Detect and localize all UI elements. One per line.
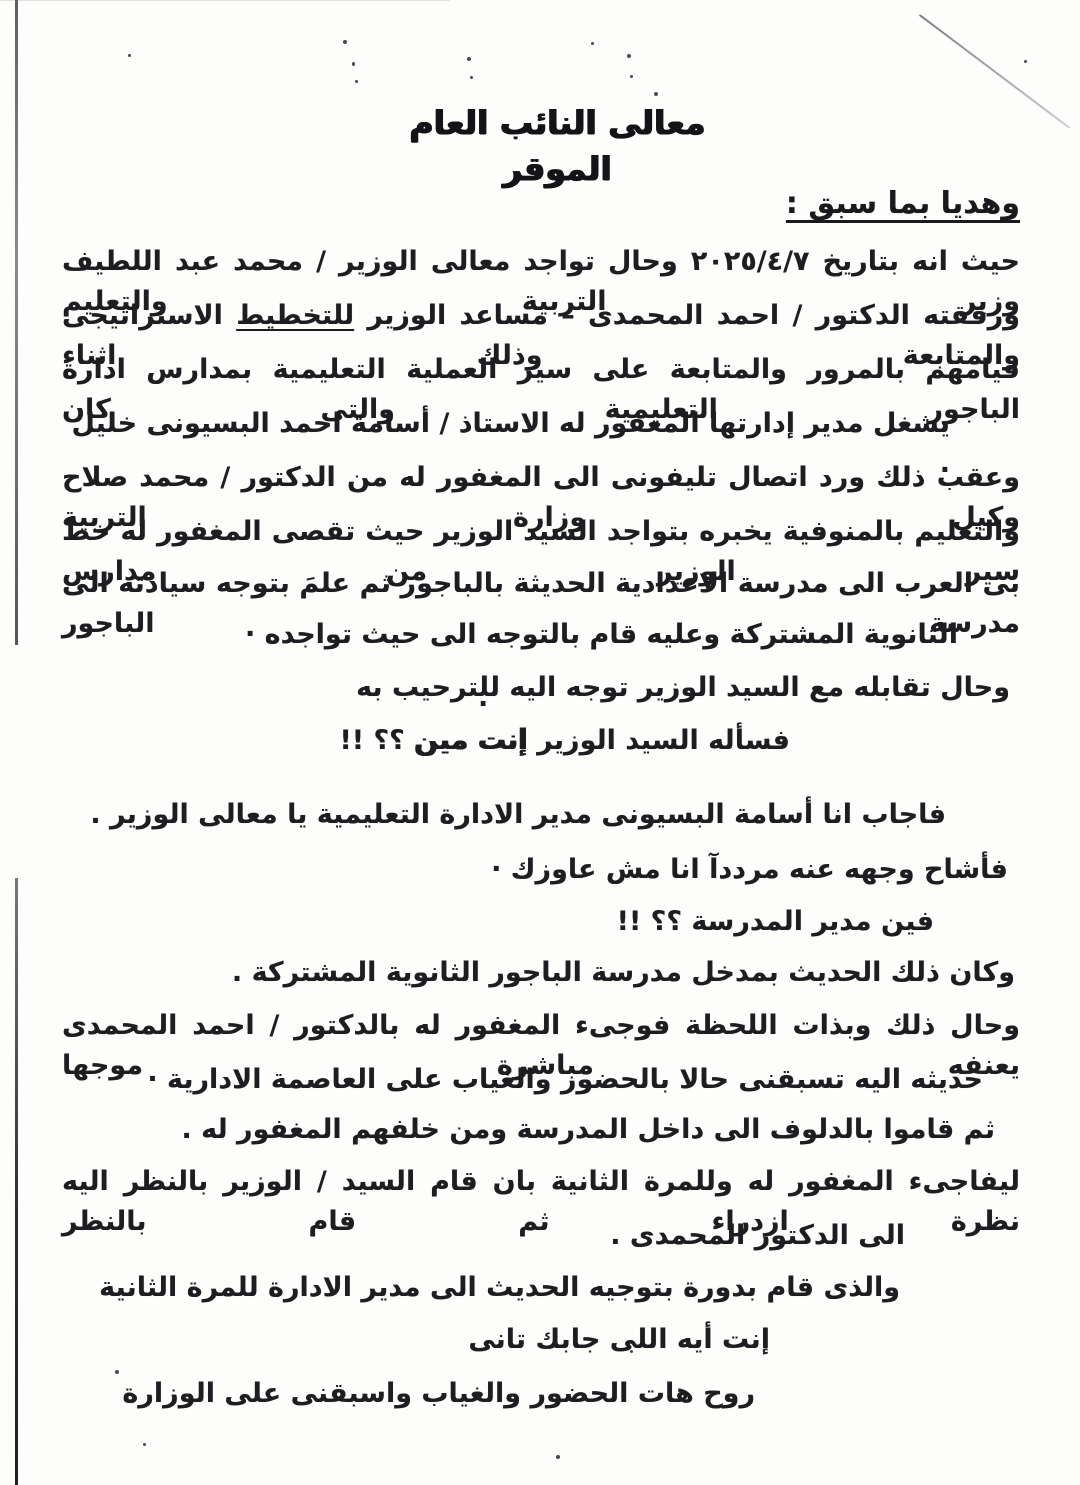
scan-edge-line bbox=[0, 0, 450, 1]
scan-speck bbox=[352, 62, 355, 66]
scanned-letter: معالى النائب العام الموقر وهديا بما سبق … bbox=[0, 0, 1080, 1485]
body-line: وحال تقابله مع السيد الوزير توجه اليه لل… bbox=[62, 668, 1020, 708]
scan-edge-line bbox=[15, 0, 18, 645]
page-fold-line bbox=[919, 14, 1070, 129]
scan-speck bbox=[355, 80, 358, 83]
scan-speck bbox=[630, 75, 633, 78]
body-line-text: ورفقته الدكتور / احمد المحمدى – مساعد ال… bbox=[354, 300, 1020, 331]
scan-speck bbox=[470, 76, 473, 79]
body-line: ثم قاموا بالدلوف الى داخل المدرسة ومن خل… bbox=[62, 1110, 1020, 1150]
body-line: الثانوية المشتركة وعليه قام بالتوجه الى … bbox=[62, 615, 1020, 655]
body-line-quote: روح هات الحضور والغياب واسبقنى على الوزا… bbox=[62, 1374, 1020, 1414]
document-page: { "colors": { "ink": "#1d1d20", "paper":… bbox=[0, 0, 1080, 1485]
body-line: وكان ذلك الحديث بمدخل مدرسة الباجور الثا… bbox=[62, 953, 1020, 993]
scan-speck bbox=[128, 54, 131, 57]
body-line-text: فسأله السيد الوزير bbox=[528, 725, 790, 756]
document-title: معالى النائب العام الموقر bbox=[385, 100, 730, 192]
body-line: الى الدكتور المحمدى . bbox=[62, 1216, 1020, 1256]
body-line: فاجاب انا أسامة البسيونى مدير الادارة ال… bbox=[62, 795, 1020, 835]
scan-speck bbox=[1024, 60, 1027, 63]
section-heading: وهديا بما سبق : bbox=[786, 186, 1020, 221]
scan-speck bbox=[556, 1455, 560, 1459]
body-line: فأشاح وجهه عنه مرددآ انا مش عاوزك · bbox=[62, 850, 1020, 890]
body-line-text: ؟؟ !! bbox=[339, 725, 414, 756]
underlined-word: للتخطيط bbox=[236, 300, 354, 331]
scan-speck bbox=[627, 54, 631, 58]
scan-edge-line bbox=[15, 878, 18, 1485]
stray-period: . bbox=[478, 682, 488, 713]
bold-quote: إنت مين bbox=[414, 723, 527, 756]
scan-speck bbox=[654, 92, 658, 96]
scan-speck bbox=[143, 1443, 146, 1446]
scan-speck bbox=[591, 42, 594, 45]
body-line: حديثه اليه تسبقنى حالا بالحضور والغياب ع… bbox=[62, 1060, 1020, 1100]
scan-speck bbox=[343, 40, 347, 44]
body-line-quote: إنت أيه اللى جابك تانى bbox=[62, 1320, 1020, 1360]
body-line-minister-question: فسأله السيد الوزير إنت مين ؟؟ !! bbox=[62, 720, 1020, 761]
body-line: فين مدير المدرسة ؟؟ !! bbox=[62, 902, 1020, 942]
scan-speck bbox=[467, 57, 471, 61]
body-line: والذى قام بدورة بتوجيه الحديث الى مدير ا… bbox=[62, 1268, 1020, 1308]
